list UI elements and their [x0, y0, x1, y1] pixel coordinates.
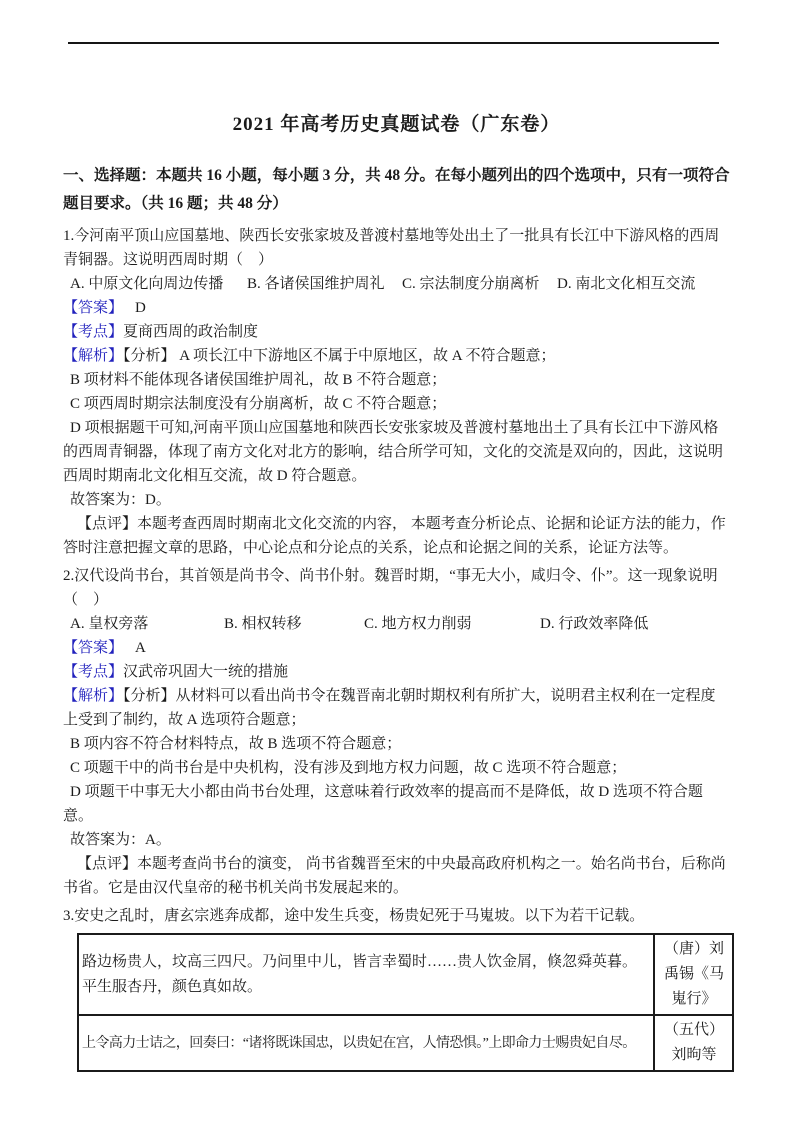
q1-fenxi-text: A 项长江中下游地区不属于中原地区，故 A 不符合题意； [176, 348, 556, 364]
answer-label: 【答案】 [63, 300, 123, 316]
page-title: 2021 年高考历史真题试卷（广东卷） [63, 112, 730, 138]
question-3: 3.安史之乱时，唐玄宗逃奔成都，途中发生兵变，杨贵妃死于马嵬坡。以下为若干记载。… [63, 904, 730, 1072]
q2-conclusion: 故答案为：A。 [63, 828, 730, 852]
dianping-label: 【点评】 [77, 856, 137, 872]
fenxi-label: 【分析】 [123, 348, 176, 364]
q2-answer-value: A [135, 640, 146, 656]
q3-row2-source: （五代）刘昫等 [654, 1015, 733, 1071]
q2-answer-line: 【答案】A [63, 636, 730, 660]
q2-analysis-b: B 项内容不符合材料特点，故 B 选项不符合题意； [63, 732, 730, 756]
table-row: 路边杨贵人，坟高三四尺。乃问里中儿，皆言幸蜀时……贵人饮金屑，倏忽舜英暮。平生服… [78, 934, 733, 1015]
q2-stem: 2.汉代设尚书台，其首领是尚书令、尚书仆射。魏晋时期，“事无大小，咸归令、仆”。… [63, 564, 730, 612]
q1-option-b: B. 各诸侯国维护周礼 [247, 272, 402, 296]
question-2: 2.汉代设尚书台，其首领是尚书令、尚书仆射。魏晋时期，“事无大小，咸归令、仆”。… [63, 564, 730, 900]
q2-kaodian-text: 汉武帝巩固大一统的措施 [123, 664, 288, 680]
fenxi-label: 【分析】 [123, 688, 176, 704]
section-header: 一、选择题：本题共 16 小题，每小题 3 分，共 48 分。在每小题列出的四个… [63, 162, 730, 218]
q1-answer-line: 【答案】D [63, 296, 730, 320]
q3-row1-source: （唐）刘禹锡《马嵬行》 [654, 934, 733, 1015]
q3-row1-text: 路边杨贵人，坟高三四尺。乃问里中儿，皆言幸蜀时……贵人饮金屑，倏忽舜英暮。平生服… [78, 934, 654, 1015]
q2-kaodian-line: 【考点】汉武帝巩固大一统的措施 [63, 660, 730, 684]
q2-options: A. 皇权旁落 B. 相权转移 C. 地方权力削弱 D. 行政效率降低 [63, 612, 730, 636]
q1-kaodian-text: 夏商西周的政治制度 [123, 324, 258, 340]
q1-dianping-text: 本题考查西周时期南北文化交流的内容， 本题考查分析论点、论据和论证方法的能力，作… [63, 516, 726, 556]
q2-jiexi-line: 【解析】【分析】从材料可以看出尚书令在魏晋南北朝时期权利有所扩大，说明君主权利在… [63, 684, 730, 732]
q3-row2-text: 上令高力士诘之，回奏曰：“诸将既诛国忠，以贵妃在宫，人情恐惧。”上即命力士赐贵妃… [78, 1015, 654, 1071]
q1-options: A. 中原文化向周边传播 B. 各诸侯国维护周礼 C. 宗法制度分崩离析 D. … [63, 272, 730, 296]
jiexi-label: 【解析】 [63, 688, 123, 704]
q1-kaodian-line: 【考点】夏商西周的政治制度 [63, 320, 730, 344]
answer-label: 【答案】 [63, 640, 123, 656]
q1-option-a: A. 中原文化向周边传播 [70, 272, 247, 296]
q1-stem: 1.今河南平顶山应国墓地、陕西长安张家坡及普渡村墓地等处出土了一批具有长江中下游… [63, 224, 730, 272]
q1-jiexi-line: 【解析】【分析】 A 项长江中下游地区不属于中原地区，故 A 不符合题意； [63, 344, 730, 368]
q2-dianping-text: 本题考查尚书台的演变， 尚书省魏晋至宋的中央最高政府机构之一。始名尚书台，后称尚… [63, 856, 726, 896]
jiexi-label: 【解析】 [63, 348, 123, 364]
q1-analysis-d: D 项根据题干可知,河南平顶山应国墓地和陕西长安张家坡及普渡村墓地出土了具有长江… [63, 416, 730, 488]
q1-conclusion: 故答案为：D。 [63, 488, 730, 512]
kaodian-label: 【考点】 [63, 664, 123, 680]
question-1: 1.今河南平顶山应国墓地、陕西长安张家坡及普渡村墓地等处出土了一批具有长江中下游… [63, 224, 730, 560]
q3-stem: 3.安史之乱时，唐玄宗逃奔成都，途中发生兵变，杨贵妃死于马嵬坡。以下为若干记载。 [63, 904, 730, 928]
q2-analysis-d: D 项题干中事无大小都由尚书台处理，这意味着行政效率的提高而不是降低，故 D 选… [63, 780, 730, 828]
q1-dianping-line: 【点评】本题考查西周时期南北文化交流的内容， 本题考查分析论点、论据和论证方法的… [63, 512, 730, 560]
exam-paper-page: 2021 年高考历史真题试卷（广东卷） 一、选择题：本题共 16 小题，每小题 … [0, 0, 793, 1122]
q1-option-c: C. 宗法制度分崩离析 [402, 272, 557, 296]
q3-sources-table: 路边杨贵人，坟高三四尺。乃问里中儿，皆言幸蜀时……贵人饮金屑，倏忽舜英暮。平生服… [77, 933, 734, 1072]
dianping-label: 【点评】 [77, 516, 137, 532]
q1-analysis-c: C 项西周时期宗法制度没有分崩离析，故 C 不符合题意； [63, 392, 730, 416]
q1-analysis-b: B 项材料不能体现各诸侯国维护周礼，故 B 不符合题意； [63, 368, 730, 392]
q2-option-c: C. 地方权力削弱 [364, 612, 540, 636]
q1-answer-value: D [135, 300, 146, 316]
document-content: 2021 年高考历史真题试卷（广东卷） 一、选择题：本题共 16 小题，每小题 … [63, 0, 730, 1072]
kaodian-label: 【考点】 [63, 324, 123, 340]
q2-option-d: D. 行政效率降低 [540, 612, 730, 636]
q2-option-b: B. 相权转移 [224, 612, 364, 636]
q2-option-a: A. 皇权旁落 [70, 612, 224, 636]
q2-dianping-line: 【点评】本题考查尚书台的演变， 尚书省魏晋至宋的中央最高政府机构之一。始名尚书台… [63, 852, 730, 900]
table-row: 上令高力士诘之，回奏曰：“诸将既诛国忠，以贵妃在宫，人情恐惧。”上即命力士赐贵妃… [78, 1015, 733, 1071]
q1-option-d: D. 南北文化相互交流 [557, 272, 730, 296]
q2-analysis-c: C 项题干中的尚书台是中央机构，没有涉及到地方权力问题，故 C 选项不符合题意； [63, 756, 730, 780]
